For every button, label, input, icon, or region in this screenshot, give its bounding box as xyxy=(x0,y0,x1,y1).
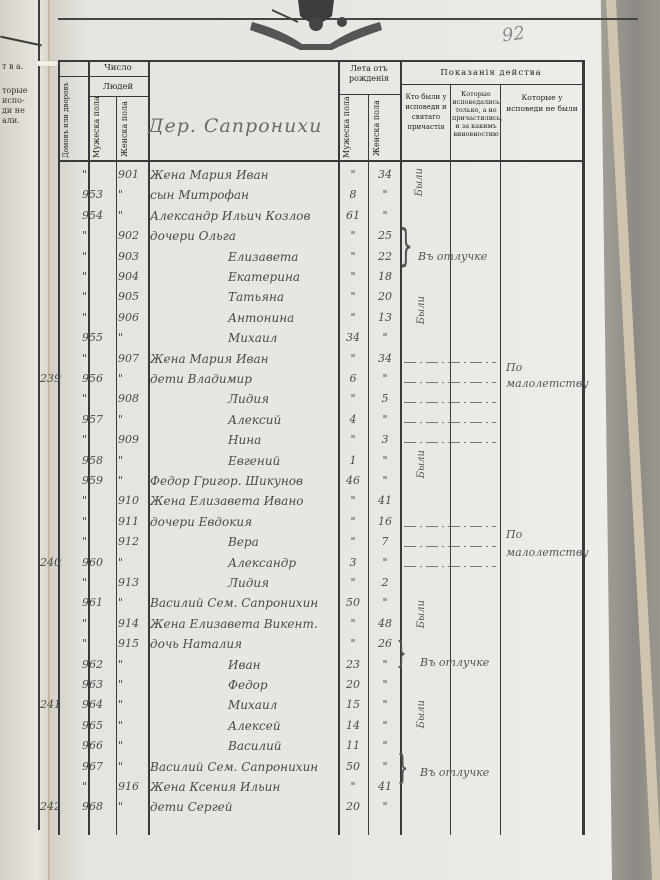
female-number: " xyxy=(118,454,148,467)
remark-were-5: Были xyxy=(416,700,427,728)
female-number: " xyxy=(118,474,148,487)
age-female: " xyxy=(370,209,400,222)
female-number: 905 xyxy=(118,290,148,303)
male-number: 964 xyxy=(82,698,112,711)
female-number: 910 xyxy=(118,494,148,507)
age-female: 13 xyxy=(370,311,400,324)
table-row: "916Жена Ксения Ильин"41 xyxy=(58,780,584,800)
remark-were-3: Были xyxy=(416,450,427,478)
age-male: 46 xyxy=(338,474,368,487)
age-male: 50 xyxy=(338,760,368,773)
age-female: 26 xyxy=(370,637,400,650)
header-years-birth: Лета отъ рожденія xyxy=(338,64,400,84)
male-number: 966 xyxy=(82,739,112,752)
female-number: " xyxy=(118,760,148,773)
age-male: " xyxy=(338,433,368,446)
age-female: " xyxy=(370,719,400,732)
header-persons: Людей xyxy=(88,82,148,92)
age-male: " xyxy=(338,290,368,303)
male-number: " xyxy=(82,270,112,283)
header-male-sex: Мужеска пола xyxy=(92,100,112,158)
age-male: " xyxy=(338,352,368,365)
female-number: " xyxy=(118,331,148,344)
age-female: 34 xyxy=(370,168,400,181)
header-number: Число xyxy=(88,63,148,73)
age-female: 20 xyxy=(370,290,400,303)
age-female: " xyxy=(370,596,400,609)
male-number: " xyxy=(82,311,112,324)
age-male: 34 xyxy=(338,331,368,344)
age-male: 15 xyxy=(338,698,368,711)
table-row: "908Лидия"5 xyxy=(58,392,584,412)
remark-were-1: Были xyxy=(414,168,425,196)
remark-infancy-1: По малолетству xyxy=(506,360,566,392)
age-male: 6 xyxy=(338,372,368,385)
table-row: 967"Василий Сем. Сапронихин50" xyxy=(58,760,584,780)
age-female: " xyxy=(370,739,400,752)
age-female: 2 xyxy=(370,576,400,589)
table-row: "914Жена Елизавета Викент."48 xyxy=(58,617,584,637)
male-number: " xyxy=(82,780,112,793)
header-not-confessed: Которые у исповеди не были xyxy=(504,92,580,114)
male-number: " xyxy=(82,515,112,528)
remark-absent-3: Въ отлучке xyxy=(420,766,489,779)
female-number: 906 xyxy=(118,311,148,324)
age-male: 50 xyxy=(338,596,368,609)
female-number: 909 xyxy=(118,433,148,446)
female-number: 913 xyxy=(118,576,148,589)
female-number: " xyxy=(118,188,148,201)
table-row: 955"Михаил34" xyxy=(58,331,584,351)
female-number: 914 xyxy=(118,617,148,630)
header-years-female: Женска пола xyxy=(372,98,396,158)
female-number: 904 xyxy=(118,270,148,283)
male-number: 961 xyxy=(82,596,112,609)
age-female: " xyxy=(370,413,400,426)
age-male: 8 xyxy=(338,188,368,201)
age-male: " xyxy=(338,229,368,242)
age-male: " xyxy=(338,576,368,589)
age-female: " xyxy=(370,698,400,711)
header-bottom-border xyxy=(58,160,584,162)
female-number: 912 xyxy=(118,535,148,548)
male-number: 962 xyxy=(82,658,112,671)
age-male: " xyxy=(338,515,368,528)
male-number: 963 xyxy=(82,678,112,691)
age-male: 23 xyxy=(338,658,368,671)
remark-absent-2: Въ отлучке xyxy=(420,656,489,669)
table-row: "915дочь Наталия"26 xyxy=(58,637,584,657)
table-row: "906Антонина"13 xyxy=(58,311,584,331)
age-male: " xyxy=(338,494,368,507)
female-number: 907 xyxy=(118,352,148,365)
remark-were-2: Были xyxy=(416,296,427,324)
village-title: Дер. Сапронихи xyxy=(148,115,322,137)
male-number: " xyxy=(82,290,112,303)
age-female: 41 xyxy=(370,780,400,793)
male-number: 959 xyxy=(82,474,112,487)
age-male: " xyxy=(338,270,368,283)
female-number: 903 xyxy=(118,250,148,263)
table-row: 957"Алексий4" xyxy=(58,413,584,433)
age-male: 14 xyxy=(338,719,368,732)
female-number: " xyxy=(118,719,148,732)
male-number: " xyxy=(82,576,112,589)
age-male: 20 xyxy=(338,678,368,691)
male-number: " xyxy=(82,352,112,365)
age-female: " xyxy=(370,658,400,671)
table-row: 953"сын Митрофан8" xyxy=(58,188,584,208)
male-number: 958 xyxy=(82,454,112,467)
previous-page-edge: т в а. торыеиспо-ди неали. xyxy=(0,0,55,880)
brace-icon: } xyxy=(397,636,407,671)
male-number: " xyxy=(82,250,112,263)
female-number: " xyxy=(118,800,148,813)
header-indications: Показанія действа xyxy=(400,68,582,78)
table-row: "904Екатерина"18 xyxy=(58,270,584,290)
female-number: " xyxy=(118,413,148,426)
header-female-sex: Женска пола xyxy=(120,100,144,158)
female-number: " xyxy=(118,739,148,752)
table-row: "903Елизавета"22 xyxy=(58,250,584,270)
male-number: 967 xyxy=(82,760,112,773)
table-row: 954"Александр Ильич Козлов61" xyxy=(58,209,584,229)
table-row: 965"Алексей14" xyxy=(58,719,584,739)
age-female: " xyxy=(370,454,400,467)
female-number: 901 xyxy=(118,168,148,181)
table-row: 959"Федор Григор. Шикунов46" xyxy=(58,474,584,494)
male-number: " xyxy=(82,617,112,630)
table-row: "905Татьяна"20 xyxy=(58,290,584,310)
table-row: "902дочери Ольга"25 xyxy=(58,229,584,249)
female-number: " xyxy=(118,678,148,691)
household-number: 241 xyxy=(40,698,70,711)
female-number: " xyxy=(118,209,148,222)
age-male: 3 xyxy=(338,556,368,569)
table-row: 242968"дети Сергей20" xyxy=(58,800,584,820)
age-female: " xyxy=(370,800,400,813)
age-female: 5 xyxy=(370,392,400,405)
age-male: 4 xyxy=(338,413,368,426)
table-row: 962"Иван23" xyxy=(58,658,584,678)
age-male: " xyxy=(338,637,368,650)
table-row: 963"Федор20" xyxy=(58,678,584,698)
age-female: " xyxy=(370,760,400,773)
table-row: "901Жена Мария Иван"34 xyxy=(58,168,584,188)
brace-icon: } xyxy=(399,220,413,271)
female-number: 902 xyxy=(118,229,148,242)
female-number: " xyxy=(118,556,148,569)
age-female: " xyxy=(370,556,400,569)
male-number: " xyxy=(82,535,112,548)
age-male: " xyxy=(338,168,368,181)
female-number: " xyxy=(118,596,148,609)
age-male: " xyxy=(338,617,368,630)
header-years-male: Мужеска пола xyxy=(342,98,364,158)
age-male: " xyxy=(338,311,368,324)
table-top-border xyxy=(58,60,584,62)
female-number: " xyxy=(118,658,148,671)
male-number: 965 xyxy=(82,719,112,732)
header-confessed-only: Которые исповедались только, а не причас… xyxy=(452,90,500,138)
age-male: " xyxy=(338,780,368,793)
table-row: 966"Василий11" xyxy=(58,739,584,759)
male-number: 955 xyxy=(82,331,112,344)
female-number: " xyxy=(118,372,148,385)
age-male: 61 xyxy=(338,209,368,222)
binding-string xyxy=(36,61,58,66)
register-table: Число Людей Домовъ или дворовъ Мужеска п… xyxy=(58,60,584,840)
age-female: 7 xyxy=(370,535,400,548)
age-female: 25 xyxy=(370,229,400,242)
household-number: 239 xyxy=(40,372,70,385)
age-female: 18 xyxy=(370,270,400,283)
table-row: 958"Евгений1" xyxy=(58,454,584,474)
table-row: 241964"Михаил15" xyxy=(58,698,584,718)
age-female: 41 xyxy=(370,494,400,507)
header-confessed: Кто были у исповеди и святаго причастія xyxy=(402,92,450,132)
male-number: 957 xyxy=(82,413,112,426)
male-number: 968 xyxy=(82,800,112,813)
male-number: 954 xyxy=(82,209,112,222)
age-female: " xyxy=(370,372,400,385)
age-male: " xyxy=(338,250,368,263)
age-female: 3 xyxy=(370,433,400,446)
age-male: 11 xyxy=(338,739,368,752)
age-female: " xyxy=(370,474,400,487)
female-number: 911 xyxy=(118,515,148,528)
table-row: "909Нина"3 xyxy=(58,433,584,453)
age-male: 20 xyxy=(338,800,368,813)
male-number: " xyxy=(82,433,112,446)
male-number: 953 xyxy=(82,188,112,201)
male-number: " xyxy=(82,637,112,650)
male-number: " xyxy=(82,494,112,507)
table-row: "910Жена Елизавета Ивано"41 xyxy=(58,494,584,514)
age-female: " xyxy=(370,331,400,344)
remark-infancy-2: По малолетству xyxy=(506,526,576,562)
male-number: 960 xyxy=(82,556,112,569)
age-female: 48 xyxy=(370,617,400,630)
age-female: " xyxy=(370,188,400,201)
female-number: 916 xyxy=(118,780,148,793)
female-number: " xyxy=(118,698,148,711)
table-row: "913Лидия"2 xyxy=(58,576,584,596)
header-households: Домовъ или дворовъ xyxy=(62,82,84,158)
male-number: " xyxy=(82,392,112,405)
age-female: 16 xyxy=(370,515,400,528)
page-number: 92 xyxy=(501,23,527,47)
female-number: 908 xyxy=(118,392,148,405)
table-row: 961"Василий Сем. Сапронихин50" xyxy=(58,596,584,616)
male-number: " xyxy=(82,229,112,242)
age-female: 22 xyxy=(370,250,400,263)
remark-absent-1: Въ отлучке xyxy=(418,250,487,263)
brace-icon: } xyxy=(397,748,408,788)
male-number: " xyxy=(82,168,112,181)
age-male: " xyxy=(338,392,368,405)
double-headed-eagle-emblem-icon xyxy=(242,0,390,50)
age-male: 1 xyxy=(338,454,368,467)
household-number: 242 xyxy=(40,800,70,813)
age-female: 34 xyxy=(370,352,400,365)
age-female: " xyxy=(370,678,400,691)
household-number: 240 xyxy=(40,556,70,569)
male-number: 956 xyxy=(82,372,112,385)
female-number: 915 xyxy=(118,637,148,650)
age-male: " xyxy=(338,535,368,548)
remark-were-4: Были xyxy=(416,600,427,628)
